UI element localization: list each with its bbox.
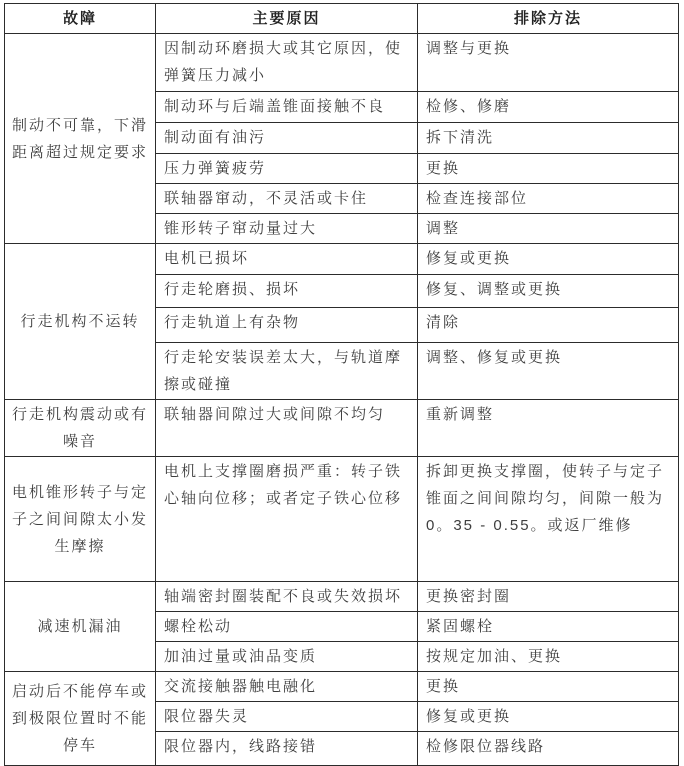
fault-cell: 电机锥形转子与定 子之间间隙太小发 生摩擦: [5, 457, 156, 582]
cause-cell: 制动环与后端盖锥面接触不良: [156, 92, 418, 123]
fault-cell: 制动不可靠，下滑 距离超过规定要求: [5, 34, 156, 244]
cause-cell: 螺栓松动: [156, 612, 418, 642]
fault-table: 故障 主要原因 排除方法 制动不可靠，下滑 距离超过规定要求 因制动环磨损大或其…: [4, 3, 679, 766]
page: 故障 主要原因 排除方法 制动不可靠，下滑 距离超过规定要求 因制动环磨损大或其…: [0, 0, 684, 759]
remedy-cell: 更换: [418, 672, 679, 702]
cause-cell: 行走轮安装误差太大，与轨道摩 擦或碰撞: [156, 343, 418, 400]
remedy-cell: 调整与更换: [418, 34, 679, 92]
remedy-cell: 调整、修复或更换: [418, 343, 679, 400]
remedy-cell: 检修、修磨: [418, 92, 679, 123]
remedy-cell: 拆下清洗: [418, 123, 679, 154]
remedy-cell: 检修限位器线路: [418, 732, 679, 766]
fault-cell: 减速机漏油: [5, 582, 156, 672]
fault-cell: 启动后不能停车或 到极限位置时不能 停车: [5, 672, 156, 766]
table-row: 行走机构震动或有 噪音 联轴器间隙过大或间隙不均匀 重新调整: [5, 400, 679, 457]
table-row: 电机锥形转子与定 子之间间隙太小发 生摩擦 电机上支撑圈磨损严重：转子铁 心轴向…: [5, 457, 679, 582]
remedy-cell: 清除: [418, 308, 679, 343]
remedy-cell: 检查连接部位: [418, 184, 679, 214]
cause-cell: 轴端密封圈装配不良或失效损坏: [156, 582, 418, 612]
cause-cell: 因制动环磨损大或其它原因，使 弹簧压力减小: [156, 34, 418, 92]
fault-cell: 行走机构不运转: [5, 244, 156, 400]
remedy-cell: 按规定加油、更换: [418, 642, 679, 672]
cause-cell: 联轴器间隙过大或间隙不均匀: [156, 400, 418, 457]
remedy-cell: 修复或更换: [418, 244, 679, 275]
table-row: 制动不可靠，下滑 距离超过规定要求 因制动环磨损大或其它原因，使 弹簧压力减小 …: [5, 34, 679, 92]
column-header-fault: 故障: [5, 4, 156, 34]
remedy-cell: 拆卸更换支撑圈，使转子与定子 锥面之间间隙均匀，间隙一般为 0。35 - 0.5…: [418, 457, 679, 582]
cause-cell: 电机上支撑圈磨损严重：转子铁 心轴向位移；或者定子铁心位移: [156, 457, 418, 582]
cause-cell: 联轴器窜动，不灵活或卡住: [156, 184, 418, 214]
remedy-cell: 修复或更换: [418, 702, 679, 732]
cause-cell: 限位器内，线路接错: [156, 732, 418, 766]
header-row: 故障 主要原因 排除方法: [5, 4, 679, 34]
column-header-remedy: 排除方法: [418, 4, 679, 34]
remedy-cell: 修复、调整或更换: [418, 275, 679, 308]
column-header-cause: 主要原因: [156, 4, 418, 34]
remedy-cell: 调整: [418, 214, 679, 244]
cause-cell: 压力弹簧疲劳: [156, 154, 418, 184]
cause-cell: 加油过量或油品变质: [156, 642, 418, 672]
cause-cell: 交流接触器触电融化: [156, 672, 418, 702]
table-row: 启动后不能停车或 到极限位置时不能 停车 交流接触器触电融化 更换: [5, 672, 679, 702]
fault-cell: 行走机构震动或有 噪音: [5, 400, 156, 457]
cause-cell: 行走轨道上有杂物: [156, 308, 418, 343]
remedy-cell: 紧固螺栓: [418, 612, 679, 642]
cause-cell: 限位器失灵: [156, 702, 418, 732]
cause-cell: 电机已损坏: [156, 244, 418, 275]
cause-cell: 制动面有油污: [156, 123, 418, 154]
cause-cell: 行走轮磨损、损坏: [156, 275, 418, 308]
remedy-cell: 重新调整: [418, 400, 679, 457]
remedy-cell: 更换密封圈: [418, 582, 679, 612]
table-row: 行走机构不运转 电机已损坏 修复或更换: [5, 244, 679, 275]
table-row: 减速机漏油 轴端密封圈装配不良或失效损坏 更换密封圈: [5, 582, 679, 612]
cause-cell: 锥形转子窜动量过大: [156, 214, 418, 244]
remedy-cell: 更换: [418, 154, 679, 184]
